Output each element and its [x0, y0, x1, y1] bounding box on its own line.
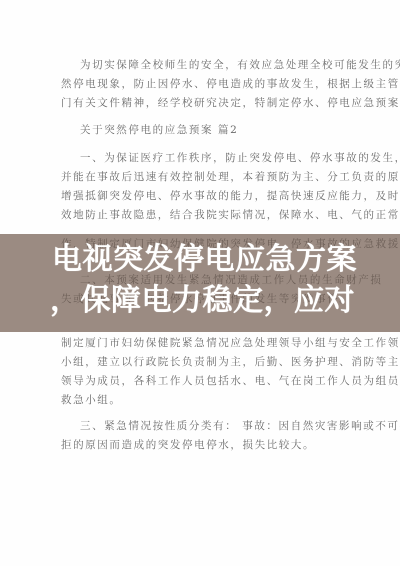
- intro-line-2: 然停电现象，防止因停水、停电造成的事故发生，根据上级主管部: [61, 78, 400, 90]
- intro-line-1: 为切实保障全校师生的安全，有效应急处理全校可能发生的突: [80, 59, 400, 71]
- section1-line-2: 并能在事故后迅速有效控制处理，本着预防为主、分工负责的原则，: [61, 171, 400, 183]
- headline-line-1: 电视突发停电应急方案: [52, 242, 357, 278]
- section3-line-2: 拒的原因而造成的突发停电停水，损失比较大。: [61, 439, 315, 451]
- document-page: 为切实保障全校师生的安全，有效应急处理全校可能发生的突 然停电现象，防止因停水、…: [0, 0, 400, 566]
- section-heading: 关于突然停电的应急预案 篇2: [80, 124, 238, 136]
- section2-line-4: 救急小组。: [61, 394, 122, 406]
- section2-line-1: 制定厦门市妇幼保健院紧急情况应急处理领导小组与安全工作领导: [61, 337, 400, 349]
- section1-line-3: 增强抵御突发停电、停水事故的能力，提高快速反应能力，及时有: [61, 190, 400, 202]
- headline-overlay-band: 作，特制定厦门市妇幼保健院的突发停电、停水事故的应急救援预 二、本预案适用发生紧…: [0, 234, 400, 332]
- section1-line-1: 一、为保证医疗工作秩序，防止突发停电、停水事故的发生，: [80, 152, 400, 164]
- section3-line-1: 三、紧急情况按性质分类有： 事故：因自然灾害影响或不可抗: [80, 420, 400, 432]
- section2-line-2: 小组，建立以行政院长负责制为主，后勤、医务护理、消防等主层: [61, 356, 400, 368]
- section2-line-3: 领导为成员，各科工作人员包括水、电、气在岗工作人员为组员的: [61, 375, 400, 387]
- intro-line-3: 门有关文件精神，经学校研究决定，特制定停水、停电应急预案。: [61, 97, 400, 109]
- headline-line-2: ，保障电力稳定，应对: [50, 283, 355, 319]
- section1-line-4: 效地防止事故隐患，结合我院实际情况，保障水、电、气的正常运: [61, 209, 400, 221]
